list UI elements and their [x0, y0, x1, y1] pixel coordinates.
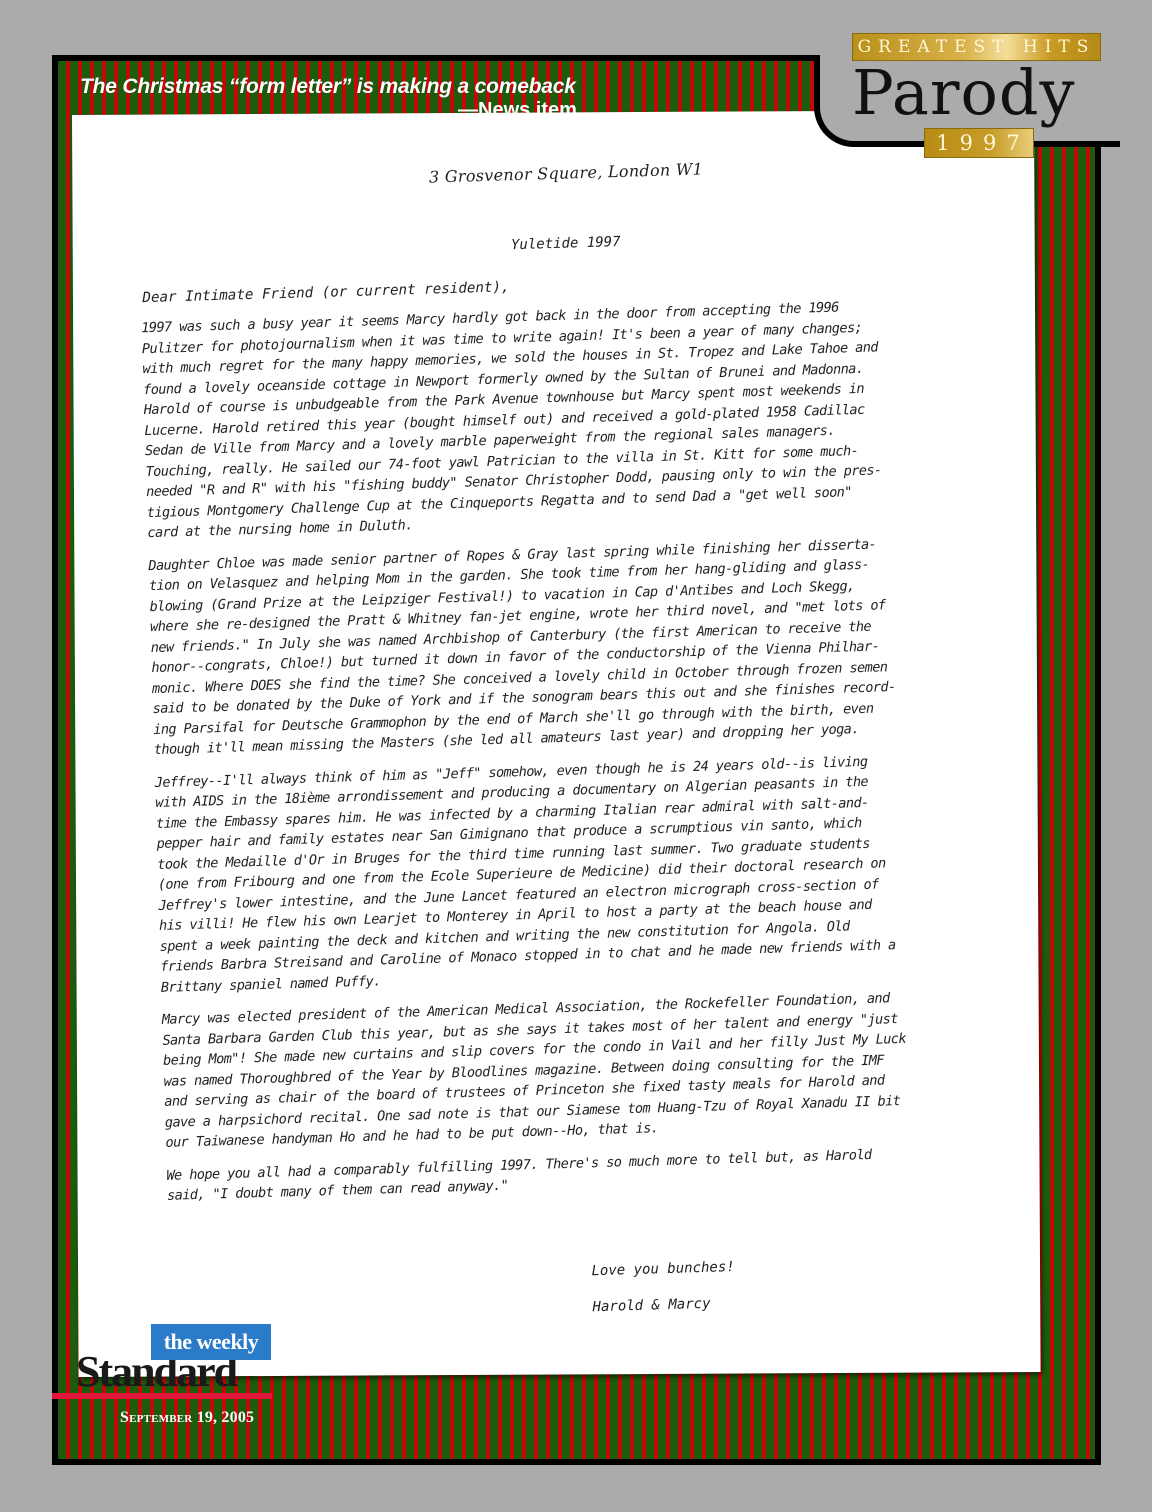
paragraph-jeffrey: Jeffrey--I'll always think of him as "Je… — [155, 747, 1021, 998]
closing-line: Love you bunches! — [591, 1249, 735, 1289]
paragraph-marcy: Marcy was elected president of the Ameri… — [162, 984, 1026, 1153]
logo-the-weekly: the weekly — [151, 1324, 271, 1360]
letter-signoff: Love you bunches! Harold & Marcy — [591, 1249, 736, 1325]
issue-date: September 19, 2005 — [120, 1409, 254, 1427]
headline: The Christmas “form letter” is making a … — [80, 75, 576, 99]
paragraph-chloe: Daughter Chloe was made senior partner o… — [148, 530, 1014, 760]
paragraph-harold: 1997 was such a busy year it seems Marcy… — [141, 293, 1007, 544]
letter-date: Yuletide 1997 — [511, 234, 621, 253]
badge-year: 1997 — [924, 128, 1034, 158]
signature: Harold & Marcy — [592, 1285, 736, 1325]
letter-body: 1997 was such a busy year it seems Marcy… — [141, 293, 1027, 1219]
badge-title: Parody — [852, 56, 1076, 129]
paragraph-closing-remarks: We hope you all had a comparably fulfill… — [166, 1140, 1027, 1206]
